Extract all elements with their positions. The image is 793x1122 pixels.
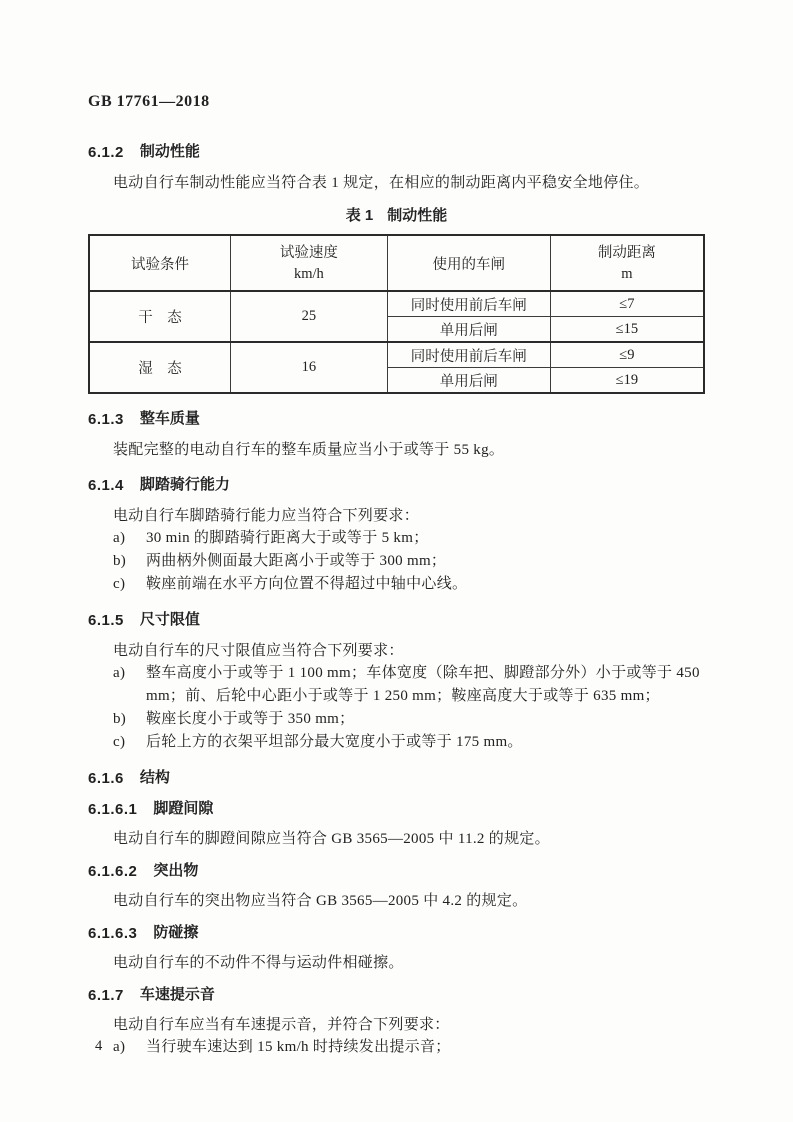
list-item: c) 后轮上方的衣架平坦部分最大宽度小于或等于 175 mm。 — [113, 731, 705, 754]
section-heading-613: 6.1.3 整车质量 — [88, 408, 705, 428]
list-item-label: c) — [113, 573, 146, 596]
header-cell-condition: 试验条件 — [89, 235, 230, 291]
list-item: b) 鞍座长度小于或等于 350 mm； — [113, 708, 705, 731]
header-speed-unit: km/h — [231, 265, 387, 283]
list-item: c) 鞍座前端在水平方向位置不得超过中轴中心线。 — [113, 573, 705, 596]
header-distance-unit: m — [551, 265, 703, 283]
clause-number: 6.1.7 — [88, 987, 124, 1004]
clause-number: 6.1.6.3 — [88, 925, 137, 942]
paragraph: 装配完整的电动自行车的整车质量应当小于或等于 55 kg。 — [88, 440, 705, 461]
cell-distance: ≤19 — [550, 368, 704, 394]
header-cell-speed: 试验速度 km/h — [230, 235, 387, 291]
cell-brake: 同时使用前后车闸 — [387, 291, 550, 317]
table-caption-label: 表 1 — [346, 207, 374, 224]
document-page: GB 17761—2018 6.1.2 制动性能 电动自行车制动性能应当符合表 … — [0, 0, 793, 1122]
clause-number: 6.1.6.2 — [88, 863, 137, 880]
list-item: b) 两曲柄外侧面最大距离小于或等于 300 mm； — [113, 550, 705, 573]
section-heading-6162: 6.1.6.2 突出物 — [88, 860, 705, 880]
cell-distance: ≤15 — [550, 317, 704, 343]
section-heading-616: 6.1.6 结构 — [88, 767, 705, 787]
clause-title: 结构 — [140, 766, 170, 787]
header-cell-distance: 制动距离 m — [550, 235, 704, 291]
table-caption: 表 1制动性能 — [88, 204, 705, 224]
header-cell-brake: 使用的车闸 — [387, 235, 550, 291]
clause-number: 6.1.6 — [88, 770, 124, 787]
standard-number-header: GB 17761—2018 — [88, 93, 705, 113]
clause-title: 防碰擦 — [153, 921, 198, 942]
table-row: 干 态 25 同时使用前后车闸 ≤7 — [89, 291, 704, 317]
section-heading-615: 6.1.5 尺寸限值 — [88, 609, 705, 629]
clause-number: 6.1.5 — [88, 612, 124, 629]
cell-brake: 单用后闸 — [387, 368, 550, 394]
section-heading-6161: 6.1.6.1 脚蹬间隙 — [88, 798, 705, 818]
list-item-text: 整车高度小于或等于 1 100 mm；车体宽度（除车把、脚蹬部分外）小于或等于 … — [146, 662, 705, 708]
page-number: 4 — [95, 1038, 102, 1055]
list-item-text: 鞍座前端在水平方向位置不得超过中轴中心线。 — [146, 573, 705, 596]
cell-condition-dry: 干 态 — [89, 291, 230, 342]
clause-number: 6.1.4 — [88, 477, 124, 494]
header-distance-label: 制动距离 — [551, 244, 703, 262]
list-item-label: b) — [113, 550, 146, 573]
list-item-text: 两曲柄外侧面最大距离小于或等于 300 mm； — [146, 550, 705, 573]
list-item-label: c) — [113, 731, 146, 754]
clause-number: 6.1.2 — [88, 144, 124, 161]
section-heading-614: 6.1.4 脚踏骑行能力 — [88, 474, 705, 494]
clause-title: 脚踏骑行能力 — [140, 473, 230, 494]
list-item-text: 后轮上方的衣架平坦部分最大宽度小于或等于 175 mm。 — [146, 731, 705, 754]
list-item-text: 鞍座长度小于或等于 350 mm； — [146, 708, 705, 731]
cell-speed-dry: 25 — [230, 291, 387, 342]
cell-distance: ≤7 — [550, 291, 704, 317]
clause-title: 脚蹬间隙 — [153, 797, 213, 818]
clause-title: 突出物 — [153, 859, 198, 880]
braking-performance-table: 试验条件 试验速度 km/h 使用的车闸 制动距离 m 干 态 — [88, 234, 705, 394]
paragraph: 电动自行车的不动件不得与运动件相碰擦。 — [88, 953, 705, 974]
cell-condition-wet: 湿 态 — [89, 342, 230, 393]
cell-speed-wet: 16 — [230, 342, 387, 393]
list-item-text: 当行驶车速达到 15 km/h 时持续发出提示音； — [146, 1036, 705, 1059]
paragraph: 电动自行车应当有车速提示音，并符合下列要求： — [88, 1015, 705, 1036]
paragraph: 电动自行车脚踏骑行能力应当符合下列要求： — [88, 506, 705, 527]
clause-title: 制动性能 — [140, 140, 200, 161]
header-speed-label: 试验速度 — [231, 244, 387, 262]
paragraph: 电动自行车的尺寸限值应当符合下列要求： — [88, 641, 705, 662]
table-caption-title: 制动性能 — [387, 207, 447, 224]
section-heading-6163: 6.1.6.3 防碰擦 — [88, 922, 705, 942]
list-item-label: a) — [113, 527, 146, 550]
section-heading-612: 6.1.2 制动性能 — [88, 141, 705, 161]
table-header-row: 试验条件 试验速度 km/h 使用的车闸 制动距离 m — [89, 235, 704, 291]
list-item: a) 当行驶车速达到 15 km/h 时持续发出提示音； — [113, 1036, 705, 1059]
clause-title: 尺寸限值 — [140, 608, 200, 629]
cell-brake: 单用后闸 — [387, 317, 550, 343]
list-item: a) 30 min 的脚踏骑行距离大于或等于 5 km； — [113, 527, 705, 550]
cell-distance: ≤9 — [550, 342, 704, 368]
list-item-label: b) — [113, 708, 146, 731]
table-row: 湿 态 16 同时使用前后车闸 ≤9 — [89, 342, 704, 368]
cell-brake: 同时使用前后车闸 — [387, 342, 550, 368]
clause-number: 6.1.6.1 — [88, 801, 137, 818]
clause-title: 车速提示音 — [140, 983, 215, 1004]
paragraph: 电动自行车的突出物应当符合 GB 3565—2005 中 4.2 的规定。 — [88, 891, 705, 912]
paragraph: 电动自行车制动性能应当符合表 1 规定，在相应的制动距离内平稳安全地停住。 — [88, 173, 705, 194]
list-item-label: a) — [113, 1036, 146, 1059]
section-heading-617: 6.1.7 车速提示音 — [88, 984, 705, 1004]
clause-title: 整车质量 — [140, 407, 200, 428]
list-item-label: a) — [113, 662, 146, 708]
clause-number: 6.1.3 — [88, 411, 124, 428]
list-item-text: 30 min 的脚踏骑行距离大于或等于 5 km； — [146, 527, 705, 550]
list-item: a) 整车高度小于或等于 1 100 mm；车体宽度（除车把、脚蹬部分外）小于或… — [113, 662, 705, 708]
paragraph: 电动自行车的脚蹬间隙应当符合 GB 3565—2005 中 11.2 的规定。 — [88, 829, 705, 850]
